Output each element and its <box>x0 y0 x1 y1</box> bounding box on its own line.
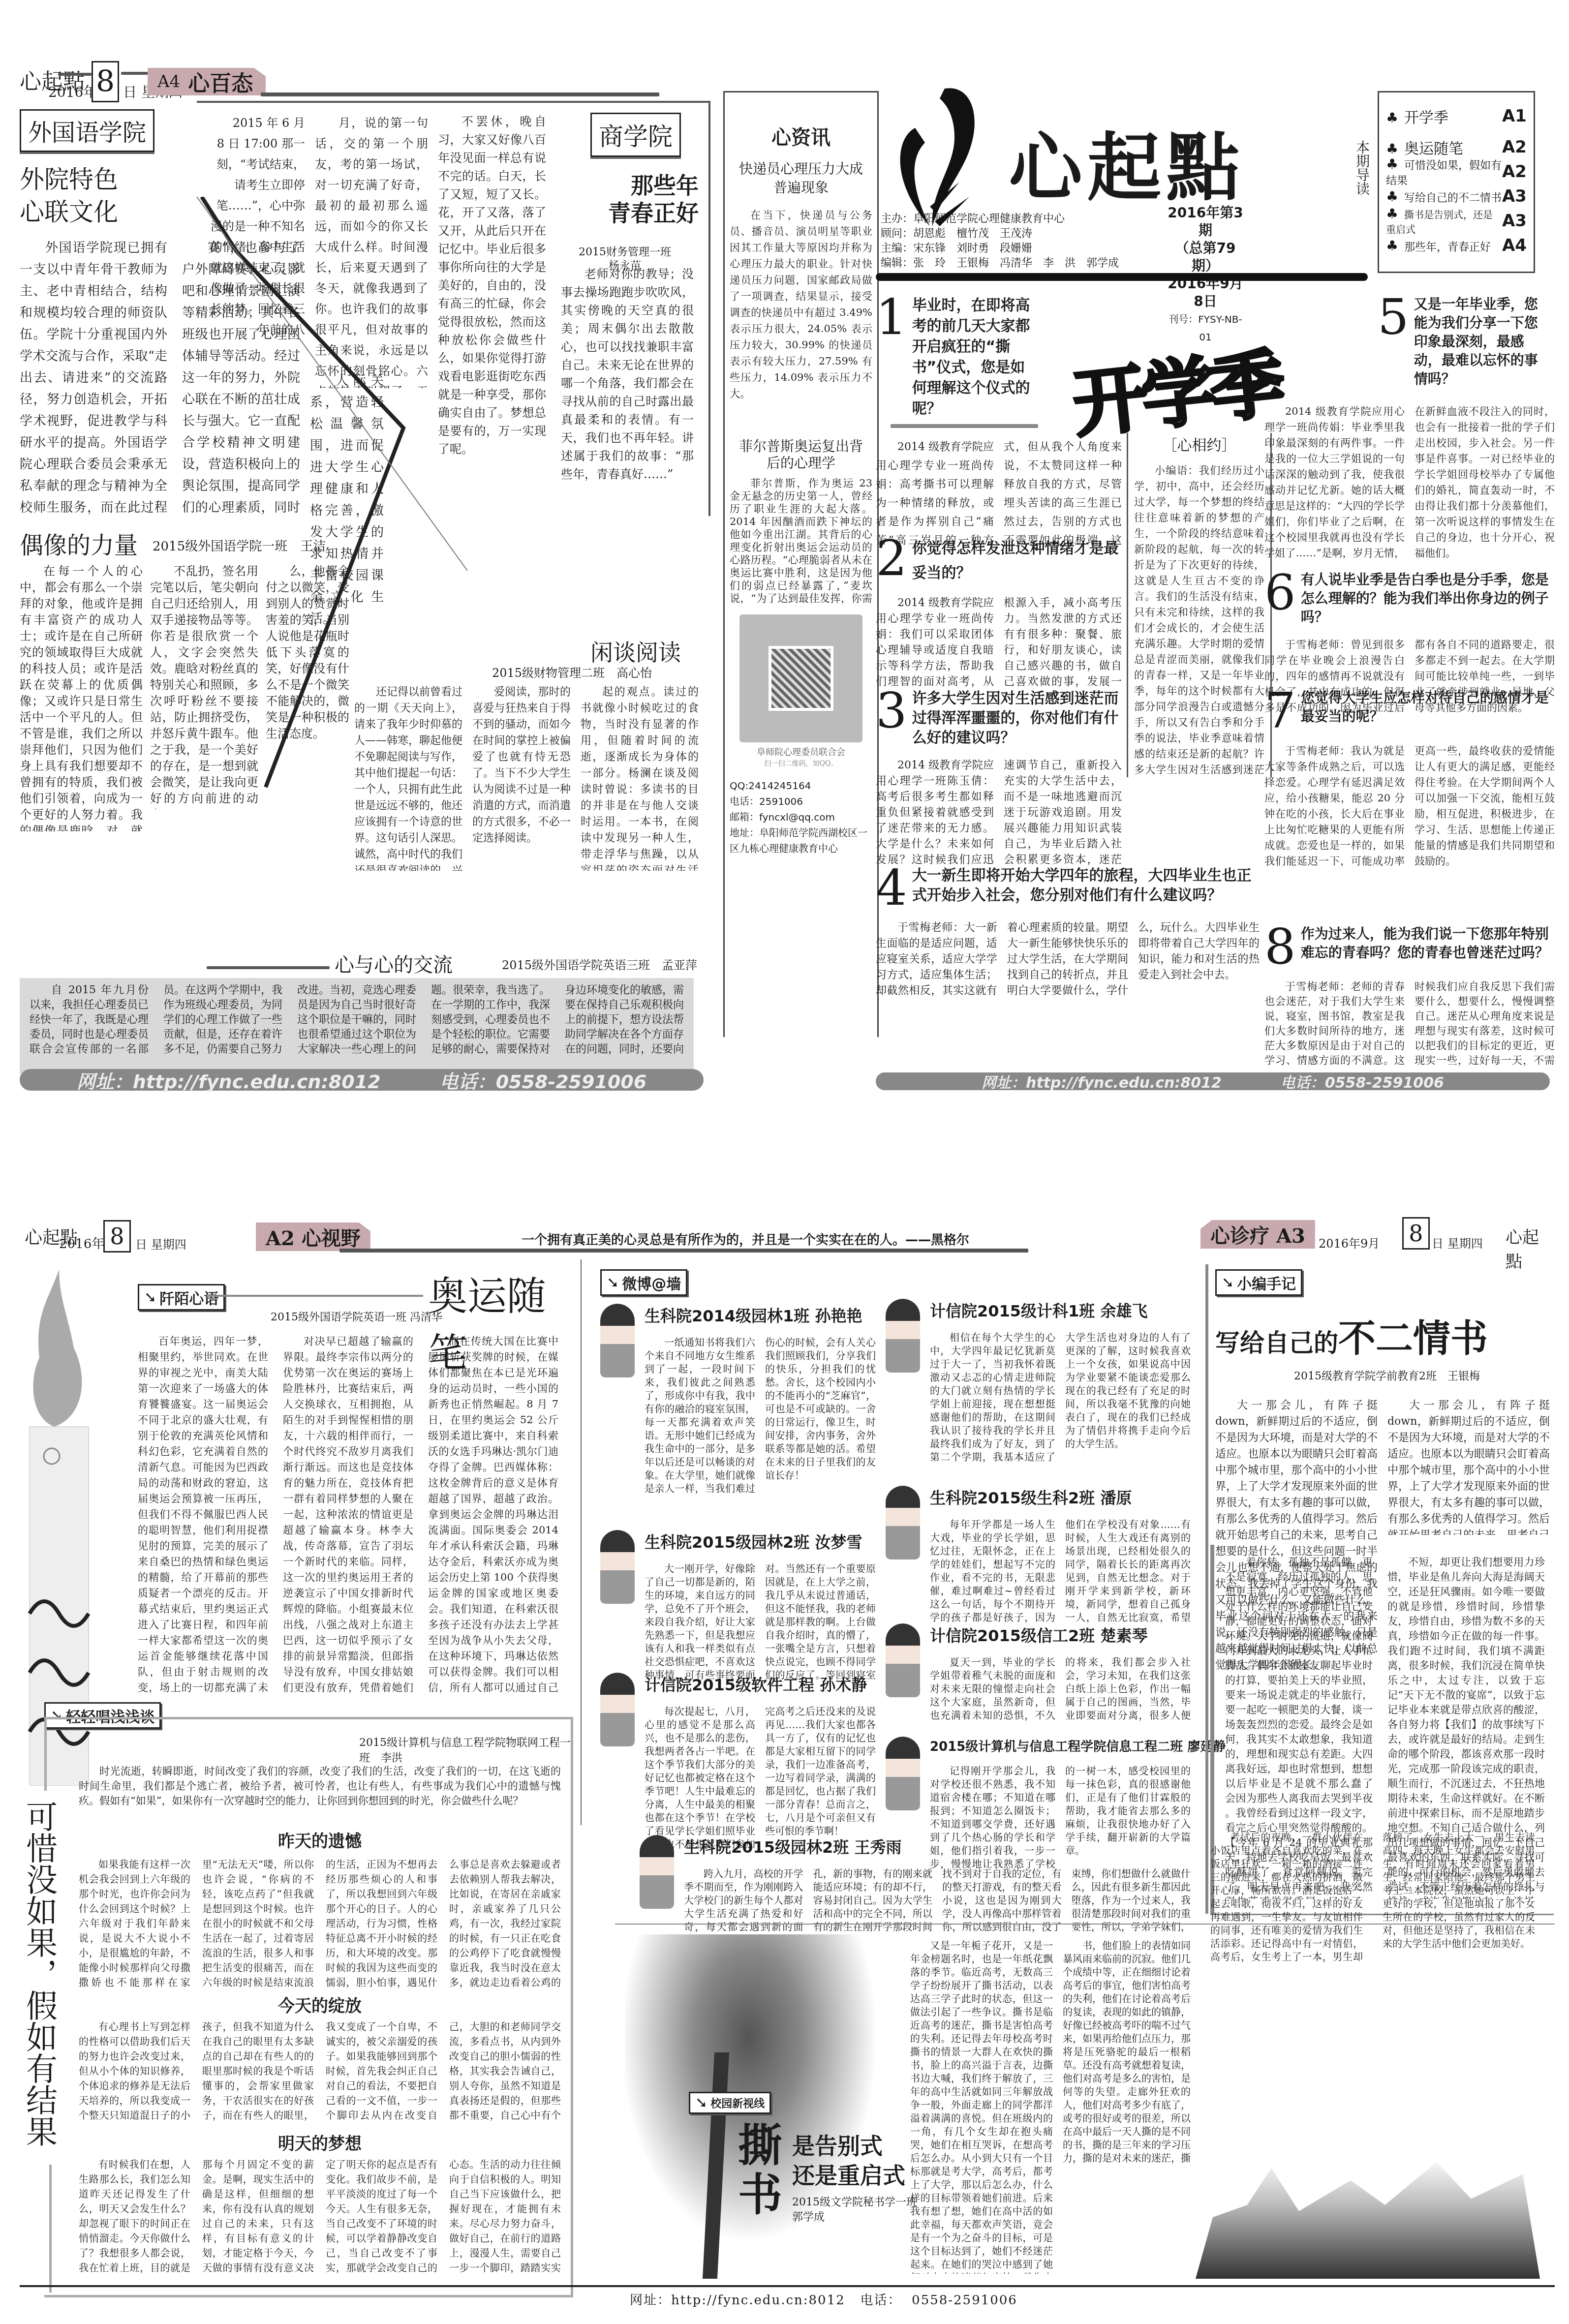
weibo-entry: 计信院2015级计科1班 余雄飞 相信在每个大学生的心中，大学四年最记忆犹新莫过… <box>886 1299 1191 1474</box>
appointment-label: ［心相约］ <box>1134 433 1264 455</box>
regret-s1-body: 如果我能有这样一次机会我会回到上六年级的那个时光，也许你会问为什么会回到这个时候… <box>79 1857 561 1990</box>
foreign-lang-label: 外国语学院 <box>20 109 154 152</box>
header-day-box: 8 <box>1402 1217 1430 1250</box>
footer-bar-a4: 网址：http://fync.edu.cn:8012 电话：0558-25910… <box>20 1069 704 1091</box>
q-answer: 于雪梅老师：老师的青春也会迷茫，对于我们大学生来说，寝室，图书馆，教室是我们大多… <box>1264 979 1555 1077</box>
footer-url-link[interactable]: http://fync.edu.cn:8012 <box>133 1071 381 1093</box>
vertical-divider <box>1205 1264 1208 1914</box>
q-answer: 于雪梅老师：我认为就是大家等条件成熟之后，可以选择恋爱。心理学有延迟满足效应，给… <box>1264 743 1555 890</box>
regret-s2-title: 今天的绽放 <box>79 1992 561 2017</box>
weibo-author: 计信院2015级计科1班 余雄飞 <box>930 1299 1191 1321</box>
q8: 8作为过来人，能为我们说一下您那年特别难忘的青春吗？您的青春也曾迷茫过吗？ 于雪… <box>1264 925 1555 1077</box>
bottom-spread: 心起點 2016年9月 8 日 星期四 A2 心视野 一个拥有真正美的心灵总是有… <box>0 1191 1569 2322</box>
regret-frame-left-lower <box>49 2165 52 2293</box>
q-text: 您觉得大学生应怎样对待自己的感情才是最妥当的呢？ <box>1301 689 1555 733</box>
q-text: 有人说毕业季是告白季也是分手季，您是怎么理解的？能为我们举出你身边的例子吗？ <box>1301 571 1555 627</box>
regret-vertical-title: 可惜没如果，假如有结果 <box>20 1801 59 2147</box>
avatar <box>886 1623 920 1697</box>
q-number: 3 <box>876 689 907 748</box>
q-number: 1 <box>876 295 907 419</box>
arrow-icon: ➘ <box>695 2094 708 2111</box>
regret-s3-body: 有时候我们在想，人生路那么长，我们怎么知道昨天还记得发生了什么，明天又会发生什么… <box>79 2157 561 2285</box>
love-letter-col2: 大一那会儿，有阵子挺 down，新鲜期过后的不适应，倒不是因为大环境，而是对大学… <box>1387 1397 1550 1535</box>
love-letter-author: 2015级教育学院学前教育2班 王银梅 <box>1294 1368 1480 1383</box>
weibo-author: 生科院2015级生科2班 潘原 <box>930 1486 1191 1508</box>
regret-frame-left <box>44 1717 47 1791</box>
section-name: 心百态 <box>188 66 253 97</box>
qr-code-card[interactable] <box>739 614 862 742</box>
news-body-2: 菲尔普斯，作为奥运 23 金无悬念的历史第一人，曾经历了职业生涯的大起大落。20… <box>730 477 872 605</box>
header-quote: 一个拥有真正美的心灵总是有所作为的，并且是一个实实在在的人。——黑格尔 <box>522 1230 969 1248</box>
header-date-suffix: 日 星期四 <box>135 1235 186 1252</box>
tearing-big-char: 撕 书 <box>738 2121 782 2220</box>
biz-col4: 老师对你的教导；没事去操场跑跑步吹吹风，其实傍晚的天空真的很美；周末偶尔出去散散… <box>561 265 694 511</box>
regret-s2-body: 有心理书上写到怎样的性格可以借助我们后天的努力也许会改变过来，但从小个体的知识修… <box>79 2019 561 2123</box>
weibo-entry: 生科院2014级园林1班 孙艳艳 一纸通知书将我们六个来自不同地方女生维系到了一… <box>600 1304 876 1528</box>
news-title: 心资讯 <box>730 122 872 150</box>
weibo-author: 生科院2014级园林1班 孙艳艳 <box>645 1304 876 1326</box>
a4-header: 心起點 2016年9月 8 日 星期四 A4 心百态 <box>20 59 728 98</box>
header-day: 8 <box>96 64 115 99</box>
weibo-entry: 计信院2015级软件工程 孙术静 每次提起七，八月，心里的感觉不是那么高兴，也不… <box>600 1673 876 1853</box>
idol-title: 偶像的力量 <box>20 526 138 560</box>
news-column: 心资讯 快递员心理压力大成普遍现象 在当下，快递员与公务员、播音员、演员明星等职… <box>723 91 879 1037</box>
weibo-text: 一纸通知书将我们六个来自不同地方女生维系到了一起，一段时间下来，我们彼此之间熟悉… <box>645 1336 876 1528</box>
footer-bar-a1: 网址：http://fync.edu.cn:8012 电话：0558-25910… <box>876 1072 1550 1090</box>
column-label: ➘校园新视线 <box>689 2092 771 2114</box>
header-day: 8 <box>1409 1220 1423 1247</box>
weibo-author: 计信院2015级软件工程 孙术静 <box>645 1673 876 1695</box>
arrow-icon: ➘ <box>1222 1274 1234 1291</box>
appointment-box: ［心相约］ 小编语：我们经历过小学，初中，高中，还会经历过大学，每一个梦想的终结… <box>1127 433 1272 777</box>
olympics-col3: 而在传统大国在比赛中屡屡斩获奖牌的时候，在媒体们都聚焦在本已是光环遍身的运动员时… <box>428 1333 558 1697</box>
foreign-lang-col1: 外国语学院现已拥有一支以中青年骨干教师为主、老中青相结合，结构和规模均较合理的师… <box>20 237 167 518</box>
q-text: 许多大学生因对生活感到迷茫而过得浑浑噩噩的，你对他们有什么好的建议吗？ <box>912 689 1122 748</box>
arrow-icon: ➘ <box>144 1289 156 1306</box>
regret-s1-title: 昨天的遗憾 <box>79 1828 561 1852</box>
idol-col2: 不乱扔，签名用完笔以后，笔尖朝向自己归还给别人，用双手递接物品等等。你若是很欣赏… <box>150 563 258 809</box>
exchange-author: 2015级外国语学院英语三班 孟亚萍 <box>502 955 697 973</box>
masthead-logo: 心起點 <box>1009 108 1245 214</box>
regret-s3-title: 明天的梦想 <box>79 2130 561 2154</box>
qr-sub: 扫一扫二维码，加QQ。 <box>730 758 872 768</box>
avatar <box>600 1304 635 1377</box>
reading-col3: 起的观点。读过的书就像小时候吃过的食物，当时没有显著的作用，但随着时间的流逝，逐… <box>581 684 699 871</box>
regret-author: 2015级计算机与信息工程学院物联网工程一班 李洪 <box>359 1734 573 1765</box>
header-day: 8 <box>110 1223 124 1250</box>
q-text: 又是一年毕业季，您能为我们分享一下您印象最深刻，最感动，最难以忘怀的事情吗？ <box>1414 295 1542 389</box>
top-spread: 心起點 2016年9月 8 日 星期四 A4 心百态 外国语学院 外院特色 心联… <box>0 0 1569 1171</box>
weibo-entry: 生科院2015级园林2班 王秀雨 跨入九月，高校的开学季不期而至，作为刚刚跨入大… <box>640 1835 1191 1936</box>
toc-item[interactable]: ♣撕书是告别式，还是重启式A3 <box>1386 209 1527 233</box>
masthead-credits: 主办：阜阳师范学院心理健康教育中心 顾问：胡恩彪 檀竹茂 王茂涛 主编：宋东锋 … <box>881 212 1119 271</box>
idol-author: 2015级外国语学院一班 王洁 <box>153 536 326 554</box>
column-label: ➘小编手记 <box>1215 1269 1302 1296</box>
weibo-entry: 计信院2015级信工2班 楚素琴 夏天一到，毕业的学长学姐带着稚气未脱的面庞和对… <box>886 1623 1191 1735</box>
reading-col1: 还记得以前曾看过的一期《天天向上》，请来了我年少时仰慕的人——韩寒，聊起他便不免… <box>354 684 462 871</box>
q-number: 4 <box>876 866 907 910</box>
toc-item[interactable]: ♣写给自己的不二情书A3 <box>1386 184 1527 209</box>
footer-text: 网址：http://fync.edu.cn:8012 电话： 0558-2591… <box>630 2290 1017 2308</box>
celebrating-silhouettes-image <box>1196 2156 1540 2279</box>
heart-logo-icon <box>886 84 1014 231</box>
appointment-text: 小编语：我们经历过小学，初中，高中，还会经历过大学，每一个梦想的终结往往意味着新… <box>1134 462 1264 777</box>
avatar <box>886 1486 920 1560</box>
toc-item[interactable]: ♣那些年，青春正好A4 <box>1386 233 1527 258</box>
q-answer: 2014 级教育学院应用心理学专业一班尚传娟：我们可以采取团体心理辅导或适度自我… <box>876 595 1122 703</box>
reading-col2: 爱阅读，那时的喜爱与狂热来自于得不到的骚动，而如今在时间的掌控上被偏爱了也就有恃… <box>472 684 571 871</box>
olympics-author: 2015级外国语学院英语一班 冯清华 <box>271 1309 442 1324</box>
idol-article: 偶像的力量 2015级外国语学院一班 王洁 在每一个人的心中，都会有那么一个崇拜… <box>20 526 374 831</box>
toc-item[interactable]: ♣开学季A1 <box>1386 97 1527 135</box>
contact-qq: QQ:2414245164 <box>730 778 872 794</box>
header-rule-long <box>261 92 659 96</box>
tearing-title: 是告别式 还是重启式 <box>792 2131 905 2190</box>
weibo-text: 每年开学都是一场人生大戏，毕业的学长学姐，思忆过往，无限怀念，正在上学的娃娃们，… <box>930 1518 1191 1626</box>
regret-article: ➘轻轻唱浅浅谈 2015级计算机与信息工程学院物联网工程一班 李洪 可惜没如果，… <box>20 1702 573 2312</box>
toc-box: ♣开学季A1 ♣奥运随笔A2 ♣可惜没如果，假如有结果A2 ♣写给自己的不二情书… <box>1378 91 1535 273</box>
idol-col1: 在每一个人的心中，都会有那么一个崇拜的对象，他或许是拥有丰富资产的成功人士；或许… <box>20 563 143 831</box>
olympics-col2: 对决早已超越了输赢的界限。最终李宗伟以两分的优势第一次在奥运的赛场上险胜林丹，比… <box>283 1333 413 1697</box>
arrow-icon: ➘ <box>607 1274 619 1291</box>
q-answer: 2014 级教育学院应用心理学一班陈玉倩：高考后很多考生都如释重负但紧接着就感受… <box>876 758 1122 881</box>
weibo-entry: 生科院2015级园林2班 汝梦雪 大一刚开学，好像除了自己一切都是新的，陌生的环… <box>600 1530 876 1685</box>
q-text: 大一新生即将开始大学四年的旅程，大四毕业生也正式开始步入社会，您分别对他们有什么… <box>912 866 1260 910</box>
weibo-entry: 生科院2015级生科2班 潘原 每年开学都是一场人生大戏，毕业的学长学姐，思忆过… <box>886 1486 1191 1626</box>
weibo-author: 生科院2015级园林2班 王秀雨 <box>684 1835 1191 1858</box>
q-text: 作为过来人，能为我们说一下您那年特别难忘的青春吗？您的青春也曾迷茫过吗？ <box>1301 925 1555 969</box>
section-tab-a4: A4 心百态 <box>148 68 266 95</box>
idol-col3: 么，他都会付之以微笑，受到别人的赞赏时害羞的笑，当别人说他是花瓶时低下头落寞的笑… <box>266 563 349 742</box>
contact-addr: 地址：阜阳师范学院西湖校区一区九栋心理健康教育中心 <box>730 825 872 856</box>
tearing-books-article: ➘校园新视线 撕 书 是告别式 还是重启式 2015级文学院秘书学一班 郭学成 … <box>615 1924 1555 2284</box>
club-icon: ♣ <box>1386 188 1398 205</box>
olympics-article: ➘阡陌心语 2015级外国语学院英语一班 冯清华 奥运随笔 百年奥运，四年一梦，… <box>138 1264 581 1697</box>
exchange-body: 自 2015 年九月份以来，我担任心理委员已经快一年了，我既是心理委员，同时也是… <box>20 978 694 1074</box>
a3-header: 心诊疗 A3 2016年9月 8 日 星期四 心起點 <box>1200 1220 1555 1254</box>
news-headline-1: 快递员心理压力大成普遍现象 <box>735 160 867 197</box>
kaixueji-title-art: 开学季 <box>1068 324 1284 452</box>
toc-item[interactable]: ♣可惜没如果，假如有结果A2 <box>1386 159 1527 184</box>
exchange-rule <box>207 966 330 969</box>
vertical-divider <box>581 1259 582 1825</box>
exchange-title: 心与心的交流 <box>335 949 453 978</box>
club-icon: ♣ <box>1386 206 1398 222</box>
foreign-lang-title: 外院特色 心联文化 <box>20 163 118 228</box>
column-label: ➘微博@墙 <box>600 1269 687 1296</box>
regret-intro: 时光流逝，转瞬即逝，时间改变了我们的容颜，改变了我们的生活，改变了我们的一切，在… <box>79 1764 561 1808</box>
section-tab-a3: 心诊疗 A3 <box>1200 1220 1315 1249</box>
avatar <box>600 1530 635 1604</box>
weibo-author: 计信院2015级信工2班 楚素琴 <box>930 1623 1191 1646</box>
masthead-rule <box>876 273 1368 281</box>
tearing-author: 2015级文学院秘书学一班 郭学成 <box>792 2195 917 2225</box>
biz-title: 那些年 青春正好 <box>561 172 699 227</box>
reading-title: 闲谈阅读 <box>590 635 681 667</box>
weibo-author: 2015级计算机与信息工程学院信息工程二班 廖延静 <box>930 1737 1191 1755</box>
weibo-text: 大一刚开学，好像除了自己一切都是新的，陌生的环境，来自远方的同学，总免不了开个班… <box>645 1562 876 1685</box>
avatar <box>886 1737 920 1810</box>
tearing-col1: 又是一年栀子花开，又是一年金榜题名时，也是一年纸花飘落的季节。临近高考，无数高三… <box>910 1939 1053 2274</box>
love-letter-title: 写给自己的不二情书 <box>1215 1309 1488 1362</box>
footer-url-link[interactable]: http://fync.edu.cn:8012 <box>1026 1074 1222 1092</box>
reading-article: 闲谈阅读 2015级财物管理二班 高心怡 还记得以前曾看过的一期《天天向上》，请… <box>344 635 708 881</box>
news-contact: QQ:2414245164 电话：2591006 邮箱：fyncxl@qq.co… <box>730 778 872 856</box>
love-letter-article: ➘小编手记 写给自己的不二情书 2015级教育学院学前教育2班 王银梅 大一那会… <box>1215 1269 1555 1914</box>
section-code: A4 <box>157 72 180 92</box>
q-rule <box>891 424 1038 428</box>
section-tab-a2: A2 心视野 <box>256 1223 370 1251</box>
masthead: 心起點 主办：阜阳师范学院心理健康教育中心 顾问：胡恩彪 檀竹茂 王茂涛 主编：… <box>876 79 1368 285</box>
q-answer: 于雪梅老师：大一新生面临的是适应问题，适应寝室关系，适应大学学习方式，适应集体生… <box>876 920 1260 1082</box>
footer-rule <box>20 2285 1555 2287</box>
q-number: 7 <box>1264 689 1296 733</box>
contact-tel: 电话：2591006 <box>730 794 872 809</box>
q-number: 8 <box>1264 925 1296 969</box>
q2: 2你觉得怎样发泄这种情绪才是最妥当的？ 2014 级教育学院应用心理学专业一班尚… <box>876 536 1122 703</box>
toc-label: 本期导读 <box>1358 140 1373 195</box>
olympics-col1: 百年奥运，四年一梦，相聚里约，举世同欢。在世界的审视之光中，南美大陆第一次迎来了… <box>138 1333 268 1697</box>
q1: 1毕业时，在即将高考的前几天大家都开启疯狂的“撕书”仪式，您是如何理解这个仪式的… <box>876 295 1038 551</box>
header-day-box: 8 <box>103 1220 131 1253</box>
news-headline-2: 菲尔普斯奥运复出背后的心理学 <box>735 438 867 472</box>
reading-author: 2015级财物管理二班 高心怡 <box>492 663 652 680</box>
news-body-1: 在当下，快递员与公务员、播音员、演员明星等职业因其工作量大等原因均并称为心理压力… <box>730 207 872 414</box>
avatar <box>886 1299 920 1373</box>
qr-code <box>769 646 833 711</box>
footer-url-link[interactable]: http://fync.edu.cn:8012 <box>671 2293 845 2308</box>
q4: 4大一新生即将开始大学四年的旅程，大四毕业生也正式开始步入社会，您分别对他们有什… <box>876 866 1260 1082</box>
footer-url: 网址：http://fync.edu.cn:8012 <box>77 1067 381 1094</box>
avatar <box>600 1673 635 1746</box>
avatar <box>640 1835 674 1909</box>
header-date-suffix: 日 星期四 <box>1432 1234 1483 1251</box>
biz-school-label: 商学院 <box>590 113 681 157</box>
q-number: 2 <box>876 536 907 585</box>
weibo-wall: ➘微博@墙 生科院2014级园林1班 孙艳艳 一纸通知书将我们六个来自不同地方女… <box>590 1269 1205 1909</box>
club-icon: ♣ <box>1386 141 1398 157</box>
tearing-col2: 书，他们脸上的表情如同暴风雨来临前的沉寂。他们几个成绩中等，正在细细讨论着高考后… <box>1063 1939 1191 2166</box>
column-label: ➘阡陌心语 <box>138 1284 225 1311</box>
q-answer: 2014 级教育学院应用心理学专业一班尚传娟：高考撕书可以理解为一种情绪的释放，… <box>876 438 1122 551</box>
q-number: 5 <box>1378 295 1409 389</box>
club-icon: ♣ <box>1386 110 1398 126</box>
header-rule <box>339 1249 1028 1253</box>
q3: 3许多大学生因对生活感到迷茫而过得浑浑噩噩的，你对他们有什么好的建议吗？ 201… <box>876 689 1122 881</box>
tearing-col3: 考试后的夜晚，一群小伙伴在小饭店里点着各自喜欢吃的菜，在饭店里狂欢，一箱一箱的酒… <box>1210 1831 1535 1998</box>
weibo-text: 夏天一到，毕业的学长学姐带着稚气未脱的面庞和对未来无限的憧憬走向社会这个大家庭，… <box>930 1656 1191 1735</box>
header-rule <box>58 73 92 76</box>
q-number: 6 <box>1264 571 1296 627</box>
footer-tel: 电话：0558-2591006 <box>440 1067 647 1094</box>
q-text: 你觉得怎样发泄这种情绪才是最妥当的？ <box>912 536 1122 585</box>
qr-caption: 阜师院心理委员联合会 <box>730 745 872 758</box>
q-text: 毕业时，在即将高考的前几天大家都开启疯狂的“撕书”仪式，您是如何理解这个仪式的呢… <box>912 295 1038 419</box>
weibo-text: 相信在每个大学生的心中，大学四年最记忆犹新莫过于大一了，当初我怀着既激动又忐忑的… <box>930 1331 1191 1474</box>
club-icon: ♣ <box>1386 156 1398 172</box>
table-of-contents: 本期导读 ♣开学季A1 ♣奥运随笔A2 ♣可惜没如果，假如有结果A2 ♣写给自己… <box>1358 91 1555 278</box>
header-logo: 心起點 <box>1506 1224 1555 1272</box>
header-day-box: 8 <box>92 61 119 102</box>
a2-header: 心起點 2016年9月 8 日 星期四 A2 心视野 一个拥有真正美的心灵总是有… <box>20 1220 807 1254</box>
club-icon: ♣ <box>1386 238 1398 254</box>
weibo-author: 生科院2015级园林2班 汝梦雪 <box>645 1530 876 1553</box>
header-date-prefix: 2016年9月 <box>1319 1234 1380 1251</box>
title-rule <box>207 1295 423 1297</box>
contact-email: 邮箱：fyncxl@qq.com <box>730 809 872 825</box>
q7: 7您觉得大学生应怎样对待自己的感情才是最妥当的呢？ 于雪梅老师：我认为就是大家等… <box>1264 689 1555 890</box>
weibo-text: 每次提起七，八月，心里的感觉不是那么高兴，也不是那么的悲伤，我想两者各占一半吧。… <box>645 1705 876 1853</box>
